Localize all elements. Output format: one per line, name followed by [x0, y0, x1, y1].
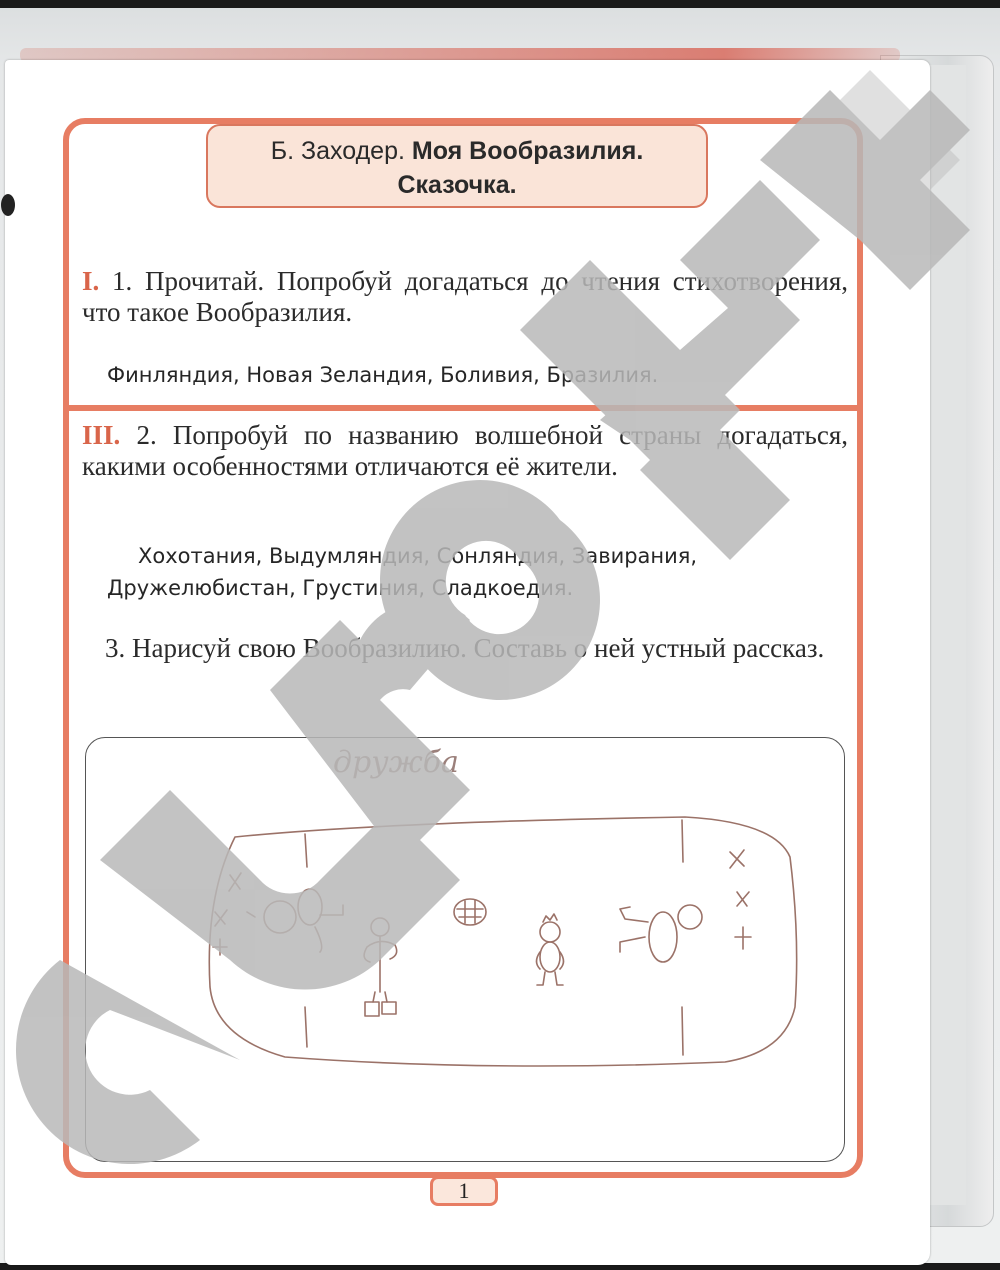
task-1-word-list: Финляндия, Новая Зеландия, Боливия, Браз… — [107, 359, 658, 392]
title-author: Б. Заходер. — [271, 137, 405, 165]
level-marker: I. — [82, 266, 99, 296]
level-marker: III. — [82, 420, 120, 450]
section-divider — [63, 405, 863, 411]
task-3-text: 3. Нарисуй свою Вообразилию. Составь о н… — [105, 633, 824, 663]
lesson-title: Б. Заходер. Моя Вообразилия. Сказочка. — [206, 124, 708, 208]
title-subtitle: Сказочка. — [397, 171, 516, 199]
child-drawing: дружба — [85, 737, 845, 1162]
task-1: I. 1. Прочитай. Попробуй догадаться до ч… — [82, 266, 848, 328]
page-number: 1 — [430, 1176, 498, 1206]
task-1-text: 1. Прочитай. Попробуй догадаться до чтен… — [82, 266, 848, 327]
task-2-word-list-line-2: Дружелюбистан, Грустиния, Сладкоедия. — [107, 572, 573, 605]
task-2-word-list-line-1: Хохотания, Выдумляндия, Сонляндия, Завир… — [138, 540, 697, 573]
task-2: III. 2. Попробуй по названию волшебной с… — [82, 420, 848, 482]
field-outline-icon — [209, 817, 796, 1066]
handwritten-label: дружба — [333, 745, 459, 780]
title-work: Моя Вообразилия. — [412, 137, 643, 165]
task-2-text: 2. Попробуй по названию волшебной страны… — [82, 420, 848, 481]
binder-hole — [1, 194, 15, 216]
task-3: 3. Нарисуй свою Вообразилию. Составь о н… — [82, 633, 848, 664]
